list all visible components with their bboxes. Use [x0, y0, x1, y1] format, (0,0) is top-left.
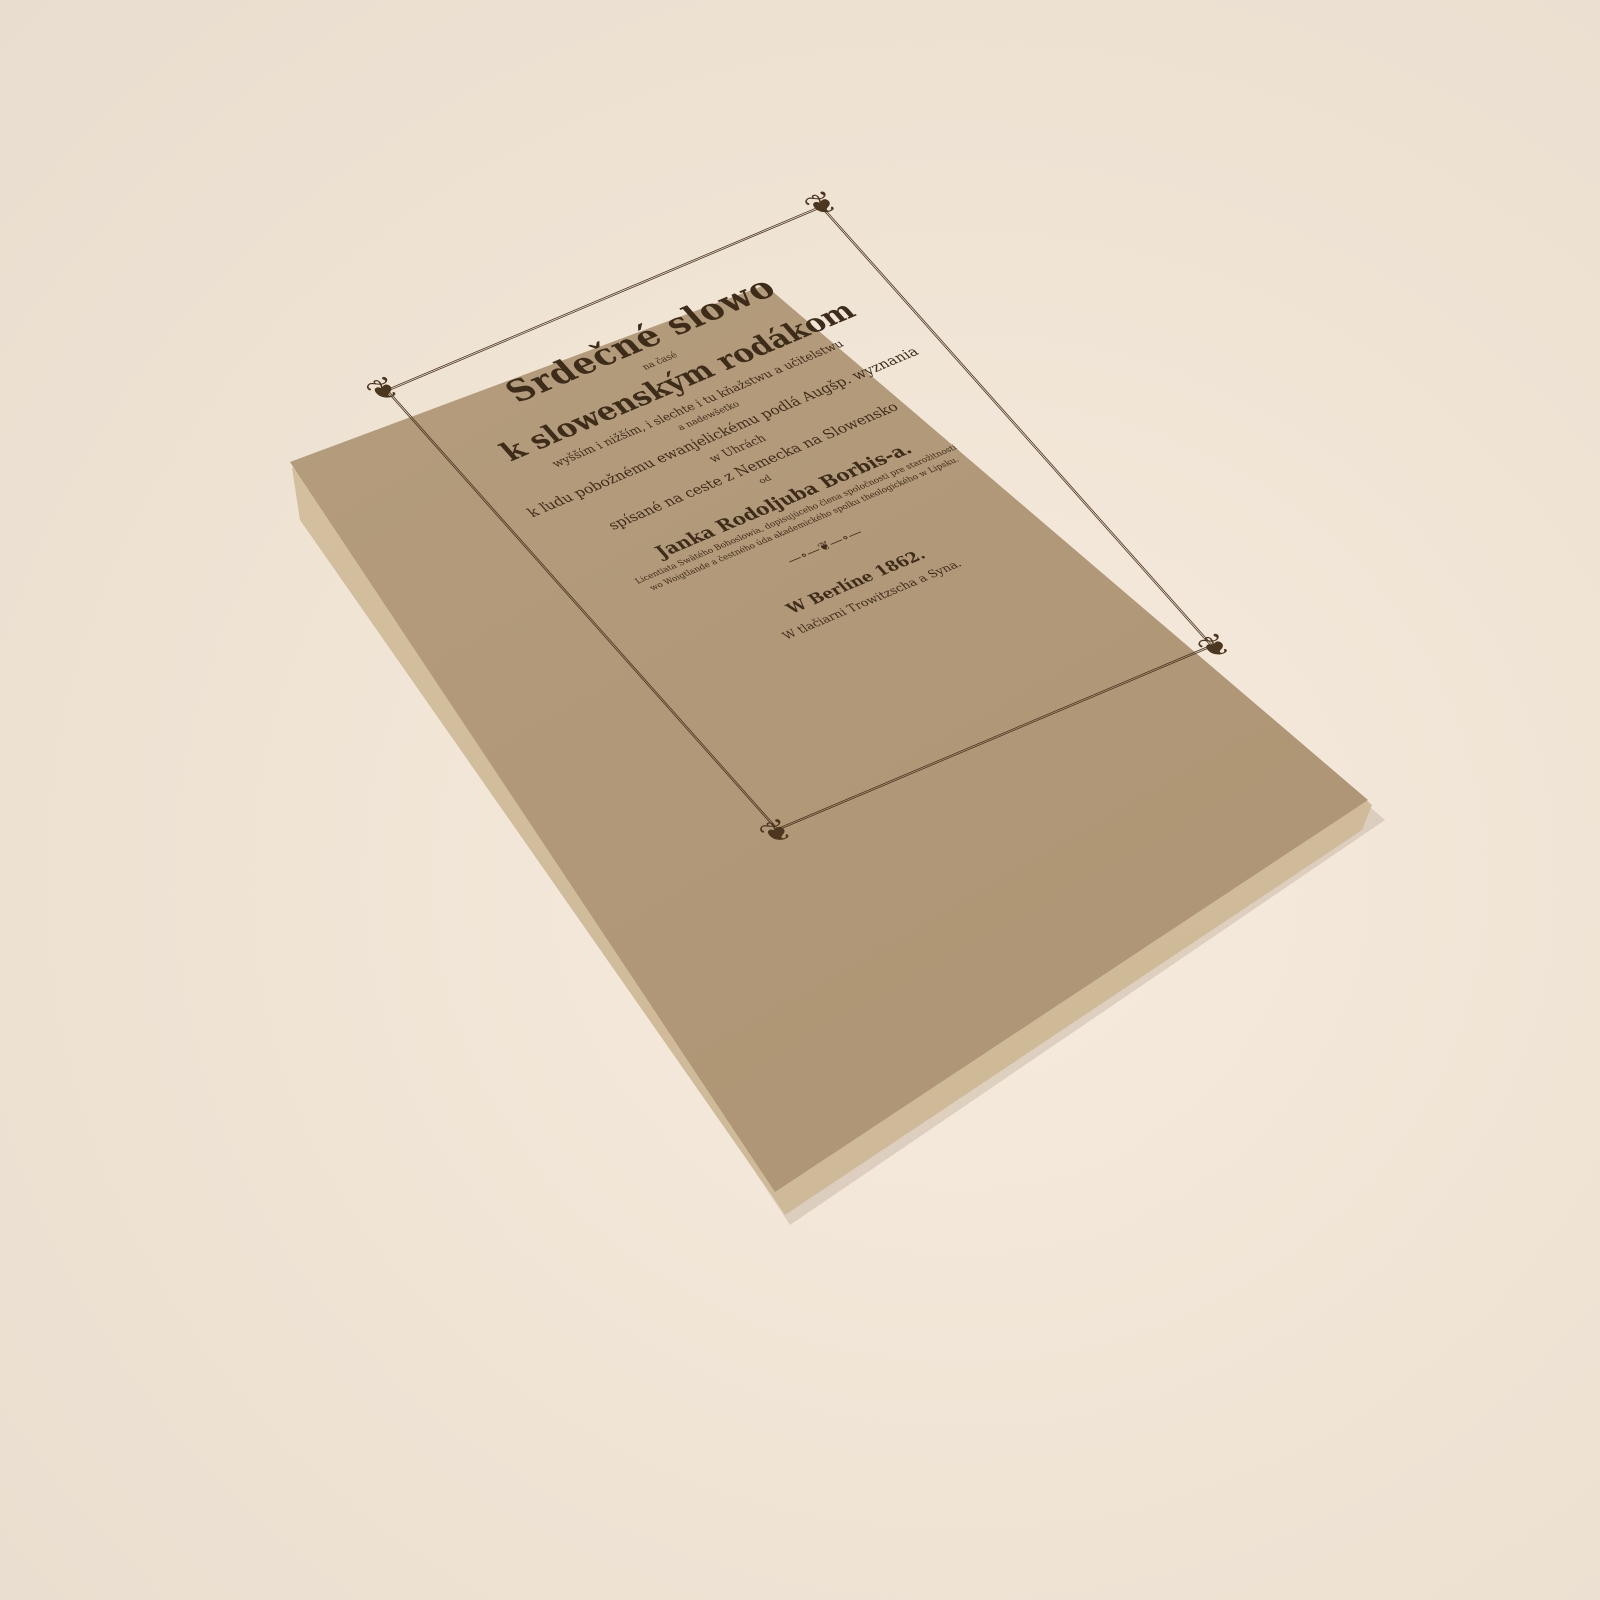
ornamental-border-frame: ❦ ❦ ❦ ❦ Srdečné slowo na časé k slowensk…: [385, 205, 1214, 831]
cover-text: Srdečné slowo na časé k slowenským rodák…: [389, 208, 1210, 828]
place-and-year: W Berlíne 1862.: [634, 483, 1078, 680]
cover-print-area: ❦ ❦ ❦ ❦ Srdečné slowo na časé k slowensk…: [0, 0, 1600, 1600]
